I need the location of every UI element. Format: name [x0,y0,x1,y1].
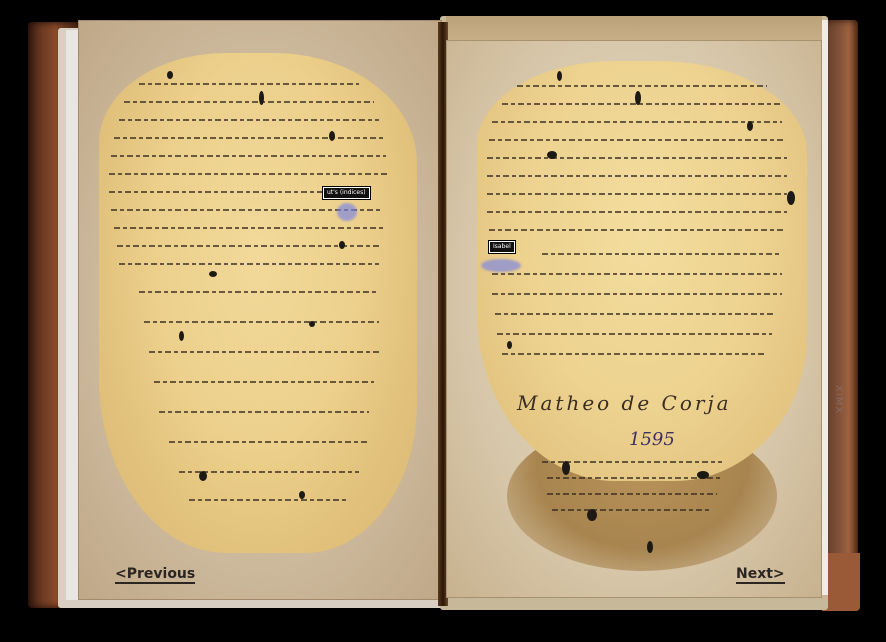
right-handwriting [447,41,821,597]
annotation-tooltip-left: ut's (indices) [323,187,370,199]
manuscript-year: 1595 [629,429,675,450]
annotation-highlight-left[interactable] [337,203,357,221]
manuscript-signature: Matheo de Corja [517,391,732,415]
right-manuscript-page: Matheo de Corja 1595 Isabel [446,40,822,598]
left-manuscript-page: ut's (indices) [78,20,442,600]
previous-page-link[interactable]: <Previous [115,566,195,584]
next-page-link[interactable]: Next> [736,566,785,584]
left-handwriting [79,21,441,599]
annotation-highlight-right[interactable] [481,259,521,272]
spine-label: XIMX [828,385,844,414]
annotation-tooltip-right: Isabel [489,241,515,253]
manuscript-book-viewer: XIMX [0,0,886,642]
